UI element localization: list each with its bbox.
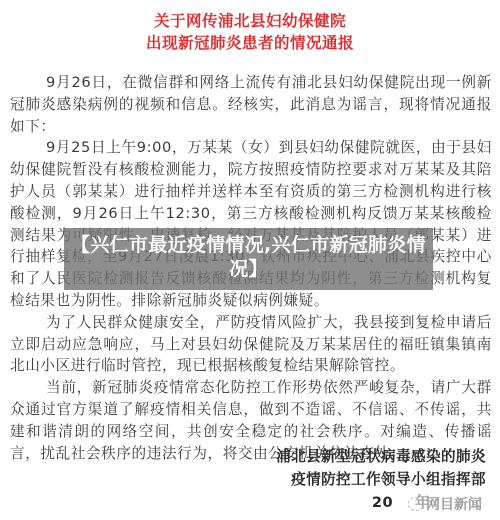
title-line-2: 出现新冠肺炎患者的情况通报 (0, 32, 500, 54)
title-line-1: 关于网传浦北县妇幼保健院 (0, 10, 500, 32)
signature-org-line-1: 浦北县新型冠状病毒感染的肺炎 (276, 445, 486, 468)
wechat-icon (408, 497, 424, 511)
overlay-caption: 【兴仁市最近疫情情况,兴仁市新冠肺炎情况】 (64, 228, 433, 290)
signature-date-year: 20 (372, 494, 393, 511)
signature-org-line-2: 疫情防控工作领导小组指挥部 (276, 468, 486, 491)
document-image: 关于网传浦北县妇幼保健院 出现新冠肺炎患者的情况通报 9月26日，在微信群和网络… (0, 0, 500, 520)
watermark-text: 网目新闻 (426, 494, 482, 514)
paragraph-response: 为了人民群众健康安全，严防疫情风险扩大，我县接到复检申请后立即启动应急响应，马上… (10, 312, 492, 377)
notice-title: 关于网传浦北县妇幼保健院 出现新冠肺炎患者的情况通报 (0, 10, 500, 54)
paragraph-intro: 9月26日，在微信群和网络上流传有浦北县妇幼保健院出现一例新冠肺炎感染病例的视频… (10, 72, 492, 137)
watermark: 网目新闻 (406, 494, 484, 514)
